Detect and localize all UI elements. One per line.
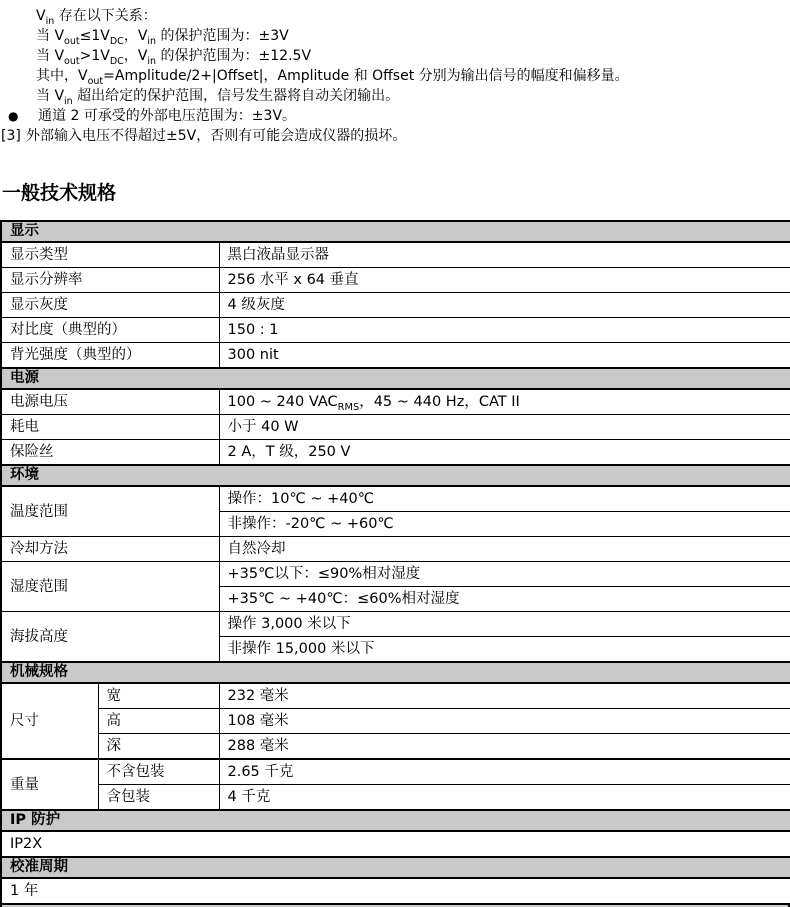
spec-sublabel-cell: 深	[98, 734, 219, 760]
table-row: 尺寸 宽 232 毫米	[1, 683, 790, 709]
spec-label-cell: 显示灰度	[1, 293, 219, 318]
section-header-display: 显示	[1, 221, 790, 242]
spec-value-cell: 256 水平 x 64 垂直	[219, 268, 790, 293]
bullet-note: ● 通道 2 可承受的外部电压范围为：±3V。	[0, 106, 790, 126]
spec-sublabel-cell: 高	[98, 709, 219, 734]
footnote-marker: [3]	[1, 126, 21, 146]
spec-label-cell: 重量	[1, 759, 98, 810]
spec-value-cell: 小于 40 W	[219, 415, 790, 440]
section-header-cell: 环境	[1, 465, 790, 486]
section-header-environment: 环境	[1, 465, 790, 486]
spec-value-cell: 非操作：-20℃ ~ +60℃	[219, 512, 790, 537]
section-header-power: 电源	[1, 368, 790, 389]
bullet-note-text: 通道 2 可承受的外部电压范围为：±3V。	[38, 108, 296, 124]
table-row: 耗电 小于 40 W	[1, 415, 790, 440]
bullet-icon: ●	[8, 106, 18, 126]
footnote-text: 外部输入电压不得超过±5V，否则有可能会造成仪器的损坏。	[26, 128, 406, 144]
spec-value-cell: 288 毫米	[219, 734, 790, 760]
spec-label-cell: 背光强度（典型的）	[1, 343, 219, 369]
spec-label-cell: 冷却方法	[1, 537, 219, 562]
spec-value-cell: +35℃以下：≤90%相对湿度	[219, 562, 790, 587]
note-line: 当 Vout≤1VDC，Vin 的保护范围为：±3V	[0, 26, 790, 46]
spec-label-cell: 海拔高度	[1, 612, 219, 663]
spec-value-cell: 非操作 15,000 米以下	[219, 637, 790, 663]
table-row: 显示灰度 4 级灰度	[1, 293, 790, 318]
spec-label-cell: 显示分辨率	[1, 268, 219, 293]
table-row: 电源电压 100 ~ 240 VACRMS，45 ~ 440 Hz，CAT II	[1, 389, 790, 415]
table-row: 含包装 4 千克	[1, 785, 790, 811]
note-line: 其中，Vout=Amplitude/2+|Offset|，Amplitude 和…	[0, 66, 790, 86]
spec-value-cell: 1 年	[1, 878, 790, 904]
section-header-cell: 显示	[1, 221, 790, 242]
spec-value-cell: 2 A，T 级，250 V	[219, 440, 790, 466]
table-row: 冷却方法 自然冷却	[1, 537, 790, 562]
spec-value-cell: 操作：10℃ ~ +40℃	[219, 486, 790, 512]
spec-value-cell: 300 nit	[219, 343, 790, 369]
spec-value-cell: 自然冷却	[219, 537, 790, 562]
spec-value-cell: 4 级灰度	[219, 293, 790, 318]
spec-label-cell: 耗电	[1, 415, 219, 440]
table-row: 保险丝 2 A，T 级，250 V	[1, 440, 790, 466]
footnote: [3] 外部输入电压不得超过±5V，否则有可能会造成仪器的损坏。	[0, 126, 790, 146]
section-header-calibration: 校准周期	[1, 857, 790, 878]
spec-value-cell: 黑白液晶显示器	[219, 242, 790, 268]
spec-value-cell: 232 毫米	[219, 683, 790, 709]
note-line: 当 Vin 超出给定的保护范围，信号发生器将自动关闭输出。	[0, 86, 790, 106]
document-page: Vin 存在以下关系： 当 Vout≤1VDC，Vin 的保护范围为：±3V 当…	[0, 0, 790, 907]
note-line: 当 Vout>1VDC，Vin 的保护范围为：±12.5V	[0, 46, 790, 66]
table-row: 对比度（典型的） 150 : 1	[1, 318, 790, 343]
spec-value-cell: 100 ~ 240 VACRMS，45 ~ 440 Hz，CAT II	[219, 389, 790, 415]
notes-block: Vin 存在以下关系： 当 Vout≤1VDC，Vin 的保护范围为：±3V 当…	[0, 0, 790, 146]
spec-label-cell: 尺寸	[1, 683, 98, 759]
spec-value-cell: 操作 3,000 米以下	[219, 612, 790, 637]
table-row: 湿度范围 +35℃以下：≤90%相对湿度	[1, 562, 790, 587]
spec-sublabel-cell: 宽	[98, 683, 219, 709]
section-header-mechanical: 机械规格	[1, 662, 790, 683]
spec-sublabel-cell: 不含包装	[98, 759, 219, 785]
section-header-cell: 电源	[1, 368, 790, 389]
spec-sublabel-cell: 含包装	[98, 785, 219, 811]
table-row: 海拔高度 操作 3,000 米以下	[1, 612, 790, 637]
table-row: 重量 不含包装 2.65 千克	[1, 759, 790, 785]
spec-value-cell: IP2X	[1, 831, 790, 857]
table-row: 显示分辨率 256 水平 x 64 垂直	[1, 268, 790, 293]
table-row: 高 108 毫米	[1, 709, 790, 734]
table-row: 背光强度（典型的） 300 nit	[1, 343, 790, 369]
spec-table: 显示 显示类型 黑白液晶显示器 显示分辨率 256 水平 x 64 垂直 显示灰…	[0, 220, 790, 905]
spec-label-cell: 电源电压	[1, 389, 219, 415]
spec-value-cell: 108 毫米	[219, 709, 790, 734]
spec-label-cell: 温度范围	[1, 486, 219, 537]
section-header-cell: 机械规格	[1, 662, 790, 683]
spec-value-cell: +35℃ ~ +40℃：≤60%相对湿度	[219, 587, 790, 612]
spec-label-cell: 显示类型	[1, 242, 219, 268]
note-line: Vin 存在以下关系：	[0, 6, 790, 26]
spec-label-cell: 对比度（典型的）	[1, 318, 219, 343]
section-header-ip: IP 防护	[1, 810, 790, 831]
section-header-cell: IP 防护	[1, 810, 790, 831]
spec-label-cell: 保险丝	[1, 440, 219, 466]
page-title: 一般技术规格	[2, 182, 790, 204]
table-row: 1 年	[1, 878, 790, 904]
table-row: 显示类型 黑白液晶显示器	[1, 242, 790, 268]
spec-label-cell: 湿度范围	[1, 562, 219, 612]
section-header-cell: 校准周期	[1, 857, 790, 878]
spec-value-cell: 150 : 1	[219, 318, 790, 343]
table-row: 深 288 毫米	[1, 734, 790, 760]
spec-value-cell: 4 千克	[219, 785, 790, 811]
table-row: 温度范围 操作：10℃ ~ +40℃	[1, 486, 790, 512]
spec-value-cell: 2.65 千克	[219, 759, 790, 785]
table-row: IP2X	[1, 831, 790, 857]
